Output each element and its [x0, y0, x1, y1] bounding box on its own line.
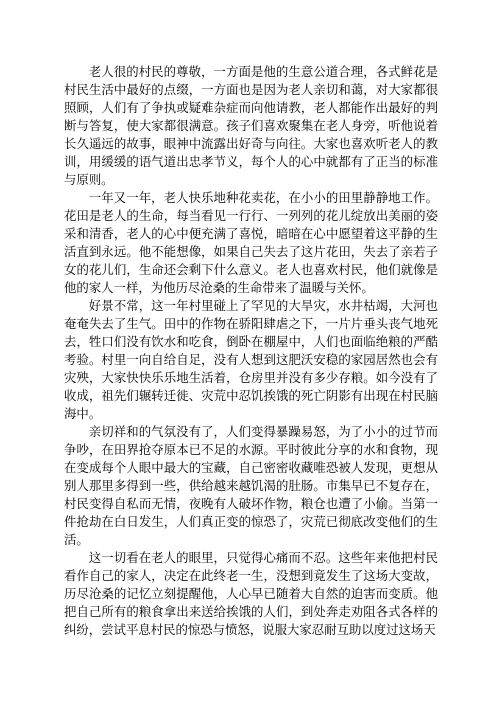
paragraph: 一年又一年，老人快乐地种花卖花，在小小的田里静静地工作。花田是老人的生命，每当看…: [64, 189, 438, 297]
paragraph: 好景不常，这一年村里碰上了罕见的大旱灾，水井枯竭，大河也奄奄失去了生气。田中的作…: [64, 297, 438, 423]
paragraph: 老人很的村民的尊敬，一方面是他的生意公道合理，各式鲜花是村民生活中最好的点缀，一…: [64, 63, 438, 189]
paragraph: 亲切祥和的气氛没有了，人们变得暴躁易怒，为了小小的过节而争吵，在田界抢夺原本已不…: [64, 423, 438, 549]
document-body: 老人很的村民的尊敬，一方面是他的生意公道合理，各式鲜花是村民生活中最好的点缀，一…: [64, 63, 438, 639]
paragraph: 这一切看在老人的眼里，只觉得心痛而不忍。这些年来他把村民看作自己的家人，决定在此…: [64, 549, 438, 639]
document-page: 老人很的村民的尊敬，一方面是他的生意公道合理，各式鲜花是村民生活中最好的点缀，一…: [0, 0, 501, 711]
